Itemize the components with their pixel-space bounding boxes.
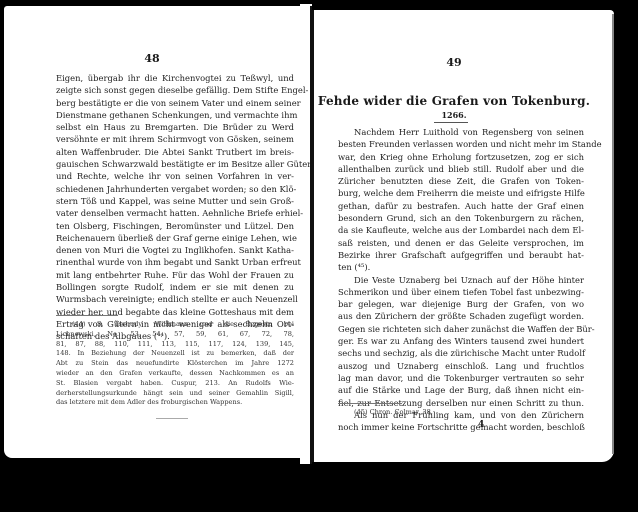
text-line: burg, welche dem Freiherrn die meiste un… <box>338 187 584 199</box>
page-number: 49 <box>304 56 604 69</box>
text-line: ten Olsberg, Fischingen, Beromünster und… <box>56 220 294 232</box>
text-line: denen von Muri die Vogtei zu Inglikhofen… <box>56 244 294 256</box>
text-line: allenthalben zurück und blieb still. Rud… <box>338 163 584 175</box>
title-rule <box>434 122 468 123</box>
text-line: aus den Zürichern der größte Schaden zug… <box>338 310 584 322</box>
footnote-line: Abt zu Stein das neuefundirte Klösterche… <box>56 359 294 369</box>
text-line: ten (⁴⁵). <box>338 261 584 273</box>
text-line: war, den Krieg ohne Erholung fortzusetze… <box>338 151 584 163</box>
text-line: Wurmsbach vereinigte; endlich stellte er… <box>56 293 294 305</box>
text-line: gauischen Schwarzwald bestätigte er im B… <box>56 158 294 170</box>
text-line: ger. Es war zu Anfang des Winters tausen… <box>338 335 584 347</box>
text-line: mit lang entbehrter Ruhe. Für das Wohl d… <box>56 269 294 281</box>
body-text: Eigen, übergab ihr die Kirchenvogtei zu … <box>56 72 294 343</box>
right-page: 49 Fehde wider die Grafen von Tokenburg.… <box>312 10 614 462</box>
text-line: Die Veste Uznaberg bei Uznach auf der Hö… <box>338 274 584 286</box>
footnote-line: St. Blasien vergabt haben. Cuspur, 213. … <box>56 379 294 389</box>
footnote-line: 81, 87, 88, 110, 111, 113, 115, 117, 124… <box>56 340 294 350</box>
footnote-line: derherstellungsurkunde hängt sein und se… <box>56 389 294 399</box>
text-line: Reichenauern überließ der Graf gerne ein… <box>56 232 294 244</box>
footnote-line: (44) S. Tschudy, Willimann und die Reges… <box>56 320 294 330</box>
text-line: versöhnte er mit ihrem Schirmvogt von Gö… <box>56 133 294 145</box>
text-line: zeigte sich sonst gegen dieselbe gefälli… <box>56 84 294 96</box>
text-line: alten Waffenbruder. Die Abtei Sankt Trut… <box>56 146 294 158</box>
text-line: noch immer keine Fortschritte gemacht wo… <box>338 421 584 433</box>
text-line: Nachdem Herr Luithold von Regensberg von… <box>338 126 584 138</box>
footnote-line: 148. In Beziehung der Neuenzell ist zu b… <box>56 349 294 359</box>
footnote-line: (45) Chron. Colmar. 38. <box>338 408 584 418</box>
page-edge <box>612 14 614 454</box>
text-line: besten Freunden verlassen worden und nic… <box>338 138 584 150</box>
text-line: auszog und Uznaberg einschloß. Lang und … <box>338 360 584 372</box>
footnote: (44) S. Tschudy, Willimann und die Reges… <box>56 320 294 408</box>
text-line: berg bestätigte er die von seinem Vater … <box>56 97 294 109</box>
text-line: vater denselben vermacht hatten. Aehnlic… <box>56 207 294 219</box>
text-line: selbst ein Haus zu Bremgarten. Die Brüde… <box>56 121 294 133</box>
body-text: Nachdem Herr Luithold von Regensberg von… <box>338 126 584 433</box>
footnote-line: Lichnowski, No. 53, 54, 57, 59, 61, 67, … <box>56 330 294 340</box>
footnote: (45) Chron. Colmar. 38. <box>338 408 584 418</box>
left-page: 48 Eigen, übergab ihr die Kirchenvogtei … <box>4 6 300 458</box>
footnote-line: wieder an den Grafen verkaufte, dessen N… <box>56 369 294 379</box>
text-line: bar gelegen, war diejenige Burg der Graf… <box>338 298 584 310</box>
text-line: und Rechte, welche ihr von seinen Vorfah… <box>56 170 294 182</box>
text-line: Bezirke ihrer Grafschaft aufgegriffen un… <box>338 249 584 261</box>
text-line: sechs und sechzig, als die zürichische M… <box>338 347 584 359</box>
chapter-title: Fehde wider die Grafen von Tokenburg. <box>304 94 604 108</box>
text-line: wieder her, und begabte das kleine Gotte… <box>56 306 294 318</box>
end-rule <box>156 418 188 419</box>
text-line: Bollingen sorgte Rudolf, indem er sie mi… <box>56 281 294 293</box>
text-line: Züricher benutzten diese Zeit, die Grafe… <box>338 175 584 187</box>
footnote-line: das letztere mit dem Adler des froburgis… <box>56 398 294 408</box>
text-line: lag man davor, und die Tokenburger vertr… <box>338 372 584 384</box>
signature-mark: 4 <box>478 420 484 430</box>
text-line: rinenthal wurde von ihm begabt und Sankt… <box>56 256 294 268</box>
text-line: Gegen sie richteten sich daher zunächst … <box>338 323 584 335</box>
text-line: schiedenen Jahrhunderten vergabet worden… <box>56 183 294 195</box>
footnote-separator <box>56 315 118 316</box>
text-line: Dienstmane gethanen Schenkungen, und ver… <box>56 109 294 121</box>
page-number: 48 <box>4 52 300 65</box>
text-line: saß reisten, und denen er das Geleite ve… <box>338 237 584 249</box>
footnote-separator <box>338 403 402 404</box>
text-line: Schmerikon und über einem tiefen Tobel f… <box>338 286 584 298</box>
text-line: Eigen, übergab ihr die Kirchenvogtei zu … <box>56 72 294 84</box>
text-line: da sie Kaufleute, welche aus der Lombard… <box>338 224 584 236</box>
text-line: stern Töß und Kappel, was seine Mutter u… <box>56 195 294 207</box>
text-line: besondern Grund, sich an den Tokenburger… <box>338 212 584 224</box>
chapter-year: 1266. <box>304 110 604 120</box>
text-line: gethan, dafür zu bestrafen. Auch hatte d… <box>338 200 584 212</box>
text-line: auf die Stärke und Lage der Burg, daß ih… <box>338 384 584 396</box>
